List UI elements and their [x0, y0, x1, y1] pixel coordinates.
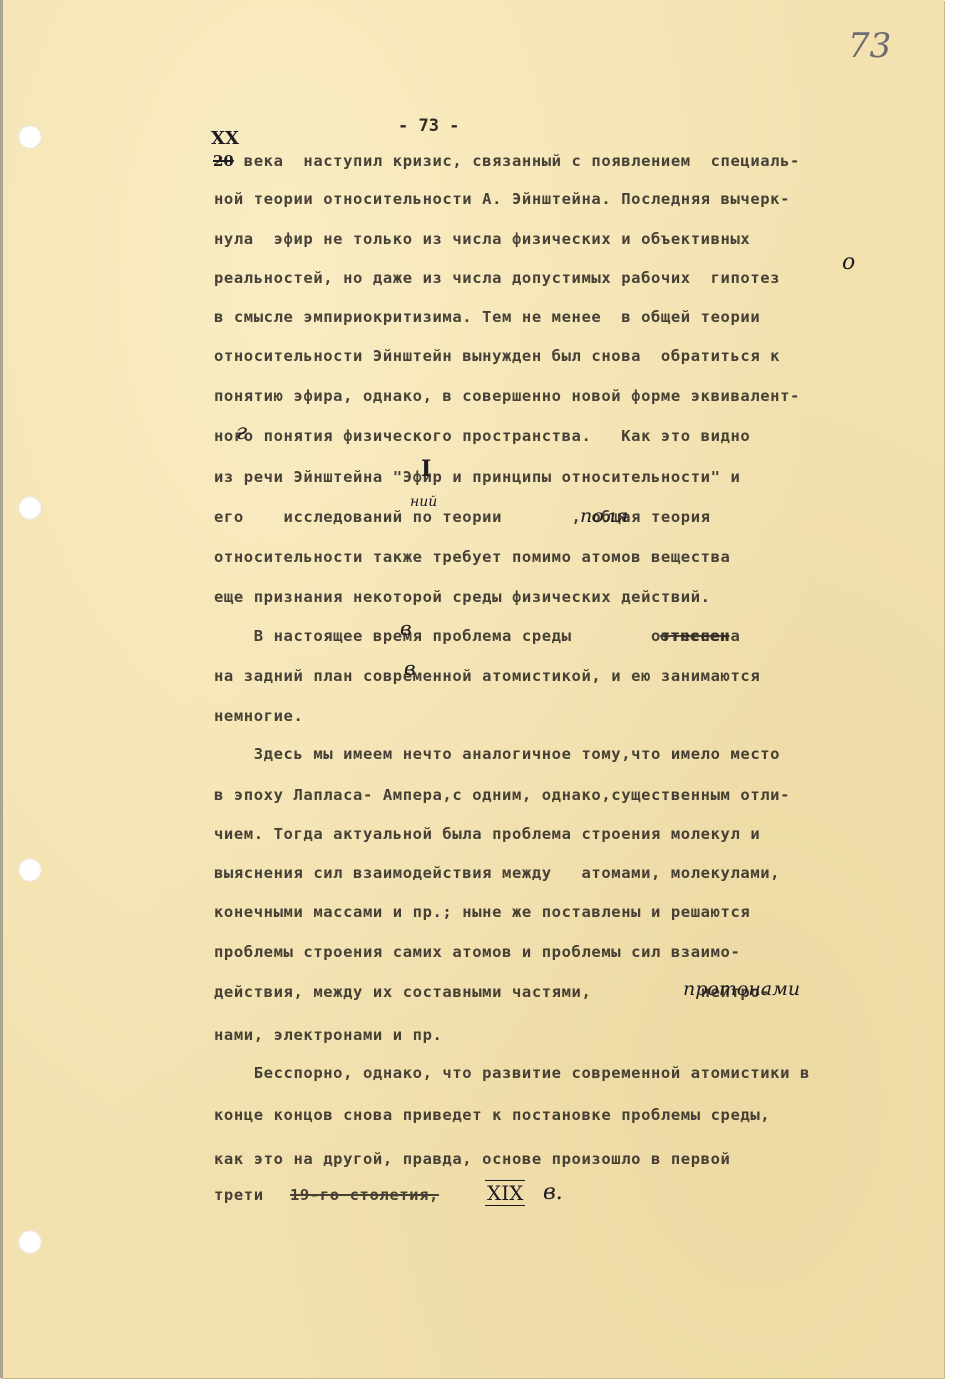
handwritten-word-protonami: протонами — [683, 978, 800, 1000]
handwritten-word-polya: поля — [580, 505, 628, 527]
text-line-2: ной теории относительности А. Эйнштейна.… — [214, 190, 790, 208]
punch-hole-4 — [18, 1230, 42, 1254]
text-line-24: Бесспорно, однако, что развитие современ… — [214, 1064, 810, 1082]
typed-page-number: - 73 - — [398, 116, 459, 136]
handwritten-suffix-nii: ний — [410, 494, 437, 510]
handwritten-abbrev-v: в. — [543, 1180, 563, 1205]
handwritten-letter-v-2: в — [404, 656, 416, 680]
punch-hole-3 — [18, 858, 42, 882]
text-line-12: еще признания некоторой среды физических… — [214, 588, 711, 606]
struck-text-19th-century: 19-го столетия, — [290, 1186, 439, 1204]
struck-text-otnesen: отнесен — [660, 627, 730, 645]
annotation-century-xx: XX — [211, 128, 239, 149]
text-line-1: века наступил кризис, связанный с появле… — [214, 152, 800, 170]
handwritten-letter-g: г — [236, 420, 247, 445]
text-line-25: конце концов снова приведет к постановке… — [214, 1106, 770, 1124]
text-line-6: относительности Эйнштейн вынужден был сн… — [214, 347, 780, 365]
document-page: 73 - 73 - XX 20 века наступил кризис, св… — [0, 0, 944, 1378]
text-line-4: реальностей, но даже из числа допустимых… — [214, 269, 780, 287]
text-line-21: проблемы строения самих атомов и проблем… — [214, 943, 740, 961]
text-line-27: трети — [214, 1186, 274, 1204]
text-line-26: как это на другой, правда, основе произо… — [214, 1150, 730, 1168]
page-edge — [0, 0, 3, 1378]
handwritten-letter-o: о — [842, 250, 855, 275]
text-line-16: Здесь мы имеем нечто аналогичное тому,чт… — [214, 745, 780, 763]
punch-hole-1 — [18, 125, 42, 149]
text-line-5: в смысле эмпириокритизима. Тем не менее … — [214, 308, 760, 326]
text-line-8: ного понятия физического пространства. К… — [214, 427, 750, 445]
folio-number: 73 — [848, 26, 891, 66]
text-line-15: немногие. — [214, 707, 303, 725]
text-line-23: нами, электронами и пр. — [214, 1026, 442, 1044]
text-line-9: из речи Эйнштейна "Эфир и принципы относ… — [214, 468, 740, 486]
handwritten-letter-v-1: в — [400, 616, 412, 640]
text-line-3: нула эфир не только из числа физических … — [214, 230, 750, 248]
text-line-17: в эпоху Лапласа- Ампера,с одним, однако,… — [214, 786, 790, 804]
text-line-20: конечными массами и пр.; ныне же поставл… — [214, 903, 750, 921]
handwritten-roman-one: I — [421, 456, 431, 482]
handwritten-century-xix: XIX — [485, 1180, 525, 1206]
text-line-7: понятию эфира, однако, в совершенно ново… — [214, 387, 800, 405]
text-line-19: выяснения сил взаимодействия между атома… — [214, 864, 780, 882]
text-line-14: на задний план современной атомистикой, … — [214, 667, 760, 685]
text-line-18: чием. Тогда актуальной была проблема стр… — [214, 825, 760, 843]
text-line-10: его исследований по теории , общая теори… — [214, 508, 711, 526]
punch-hole-2 — [18, 496, 42, 520]
text-line-11: относительности также требует помимо ато… — [214, 548, 730, 566]
